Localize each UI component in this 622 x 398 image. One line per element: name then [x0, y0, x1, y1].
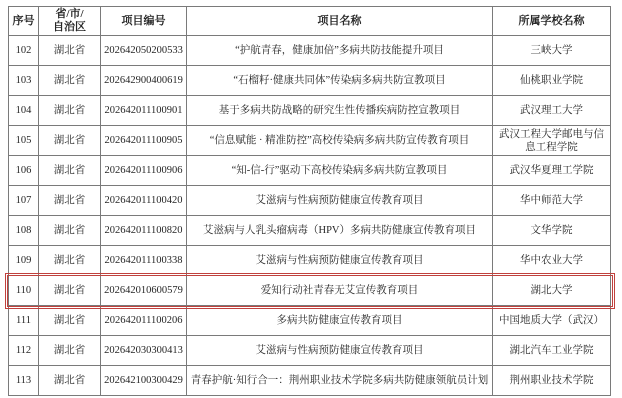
cell-project-name: “知-信-行”驱动下高校传染病多病共防宣教项目: [187, 156, 493, 186]
cell-index: 107: [9, 186, 39, 216]
table-row: 110 湖北省 202642010600579 爱知行动社青春无艾宣传教育项目 …: [9, 276, 611, 306]
table-row: 109 湖北省 202642011100338 艾滋病与性病预防健康宣传教育项目…: [9, 246, 611, 276]
header-row: 序号 省/市/ 自治区 项目编号 项目名称 所属学校名称: [9, 7, 611, 36]
cell-region: 湖北省: [39, 186, 101, 216]
cell-project-code: 202642011100420: [101, 186, 187, 216]
cell-school: 三峡大学: [493, 36, 611, 66]
col-header-school: 所属学校名称: [493, 7, 611, 36]
col-header-index: 序号: [9, 7, 39, 36]
col-header-region: 省/市/ 自治区: [39, 7, 101, 36]
cell-project-code: 202642011100905: [101, 126, 187, 156]
cell-project-code: 202642100300429: [101, 366, 187, 396]
cell-school: 中国地质大学（武汉）: [493, 306, 611, 336]
cell-school: 武汉工程大学邮电与信息工程学院: [493, 126, 611, 156]
cell-project-name: “护航青春，健康加倍”多病共防技能提升项目: [187, 36, 493, 66]
cell-region: 湖北省: [39, 336, 101, 366]
cell-project-name: “石榴籽·健康共同体”传染病多病共防宣教项目: [187, 66, 493, 96]
cell-index: 112: [9, 336, 39, 366]
cell-region: 湖北省: [39, 276, 101, 306]
table-row: 106 湖北省 202642011100906 “知-信-行”驱动下高校传染病多…: [9, 156, 611, 186]
cell-index: 111: [9, 306, 39, 336]
cell-project-code: 202642010600579: [101, 276, 187, 306]
table-row: 111 湖北省 202642011100206 多病共防健康宣传教育项目 中国地…: [9, 306, 611, 336]
cell-index: 108: [9, 216, 39, 246]
cell-region: 湖北省: [39, 246, 101, 276]
cell-index: 106: [9, 156, 39, 186]
cell-project-name: 艾滋病与人乳头瘤病毒（HPV）多病共防健康宣传教育项目: [187, 216, 493, 246]
cell-project-code: 202642011100906: [101, 156, 187, 186]
table-row: 105 湖北省 202642011100905 “信息赋能 · 精准防控”高校传…: [9, 126, 611, 156]
cell-index: 110: [9, 276, 39, 306]
cell-project-code: 202642011100338: [101, 246, 187, 276]
cell-project-code: 202642011100206: [101, 306, 187, 336]
cell-index: 103: [9, 66, 39, 96]
cell-region: 湖北省: [39, 156, 101, 186]
cell-project-name: 基于多病共防战略的研究生性传播疾病防控宣教项目: [187, 96, 493, 126]
cell-region: 湖北省: [39, 216, 101, 246]
cell-school: 荆州职业技术学院: [493, 366, 611, 396]
cell-school: 武汉理工大学: [493, 96, 611, 126]
cell-school: 武汉华夏理工学院: [493, 156, 611, 186]
cell-index: 113: [9, 366, 39, 396]
cell-index: 102: [9, 36, 39, 66]
table-row: 108 湖北省 202642011100820 艾滋病与人乳头瘤病毒（HPV）多…: [9, 216, 611, 246]
col-header-project-code: 项目编号: [101, 7, 187, 36]
cell-project-code: 202642900400619: [101, 66, 187, 96]
cell-index: 104: [9, 96, 39, 126]
cell-project-name: 爱知行动社青春无艾宣传教育项目: [187, 276, 493, 306]
cell-school: 华中师范大学: [493, 186, 611, 216]
cell-index: 109: [9, 246, 39, 276]
cell-school: 湖北大学: [493, 276, 611, 306]
table-row: 102 湖北省 202642050200533 “护航青春，健康加倍”多病共防技…: [9, 36, 611, 66]
cell-project-code: 202642011100820: [101, 216, 187, 246]
project-table: 序号 省/市/ 自治区 项目编号 项目名称 所属学校名称 102 湖北省 202…: [8, 6, 611, 396]
table-row: 104 湖北省 202642011100901 基于多病共防战略的研究生性传播疾…: [9, 96, 611, 126]
cell-school: 文华学院: [493, 216, 611, 246]
cell-project-name: 青春护航·知行合一：荆州职业技术学院多病共防健康领航员计划: [187, 366, 493, 396]
cell-region: 湖北省: [39, 306, 101, 336]
cell-project-name: 艾滋病与性病预防健康宣传教育项目: [187, 246, 493, 276]
cell-project-name: 多病共防健康宣传教育项目: [187, 306, 493, 336]
table-row: 113 湖北省 202642100300429 青春护航·知行合一：荆州职业技术…: [9, 366, 611, 396]
cell-region: 湖北省: [39, 96, 101, 126]
cell-project-code: 202642050200533: [101, 36, 187, 66]
table-row: 103 湖北省 202642900400619 “石榴籽·健康共同体”传染病多病…: [9, 66, 611, 96]
cell-school: 仙桃职业学院: [493, 66, 611, 96]
cell-region: 湖北省: [39, 36, 101, 66]
table-row: 107 湖北省 202642011100420 艾滋病与性病预防健康宣传教育项目…: [9, 186, 611, 216]
cell-school: 华中农业大学: [493, 246, 611, 276]
cell-school: 湖北汽车工业学院: [493, 336, 611, 366]
col-header-project-name: 项目名称: [187, 7, 493, 36]
cell-project-code: 202642011100901: [101, 96, 187, 126]
cell-project-name: 艾滋病与性病预防健康宣传教育项目: [187, 336, 493, 366]
document-page: 序号 省/市/ 自治区 项目编号 项目名称 所属学校名称 102 湖北省 202…: [0, 0, 622, 398]
cell-project-code: 202642030300413: [101, 336, 187, 366]
cell-region: 湖北省: [39, 66, 101, 96]
cell-index: 105: [9, 126, 39, 156]
cell-project-name: 艾滋病与性病预防健康宣传教育项目: [187, 186, 493, 216]
cell-region: 湖北省: [39, 126, 101, 156]
cell-project-name: “信息赋能 · 精准防控”高校传染病多病共防宣传教育项目: [187, 126, 493, 156]
table-row: 112 湖北省 202642030300413 艾滋病与性病预防健康宣传教育项目…: [9, 336, 611, 366]
cell-region: 湖北省: [39, 366, 101, 396]
